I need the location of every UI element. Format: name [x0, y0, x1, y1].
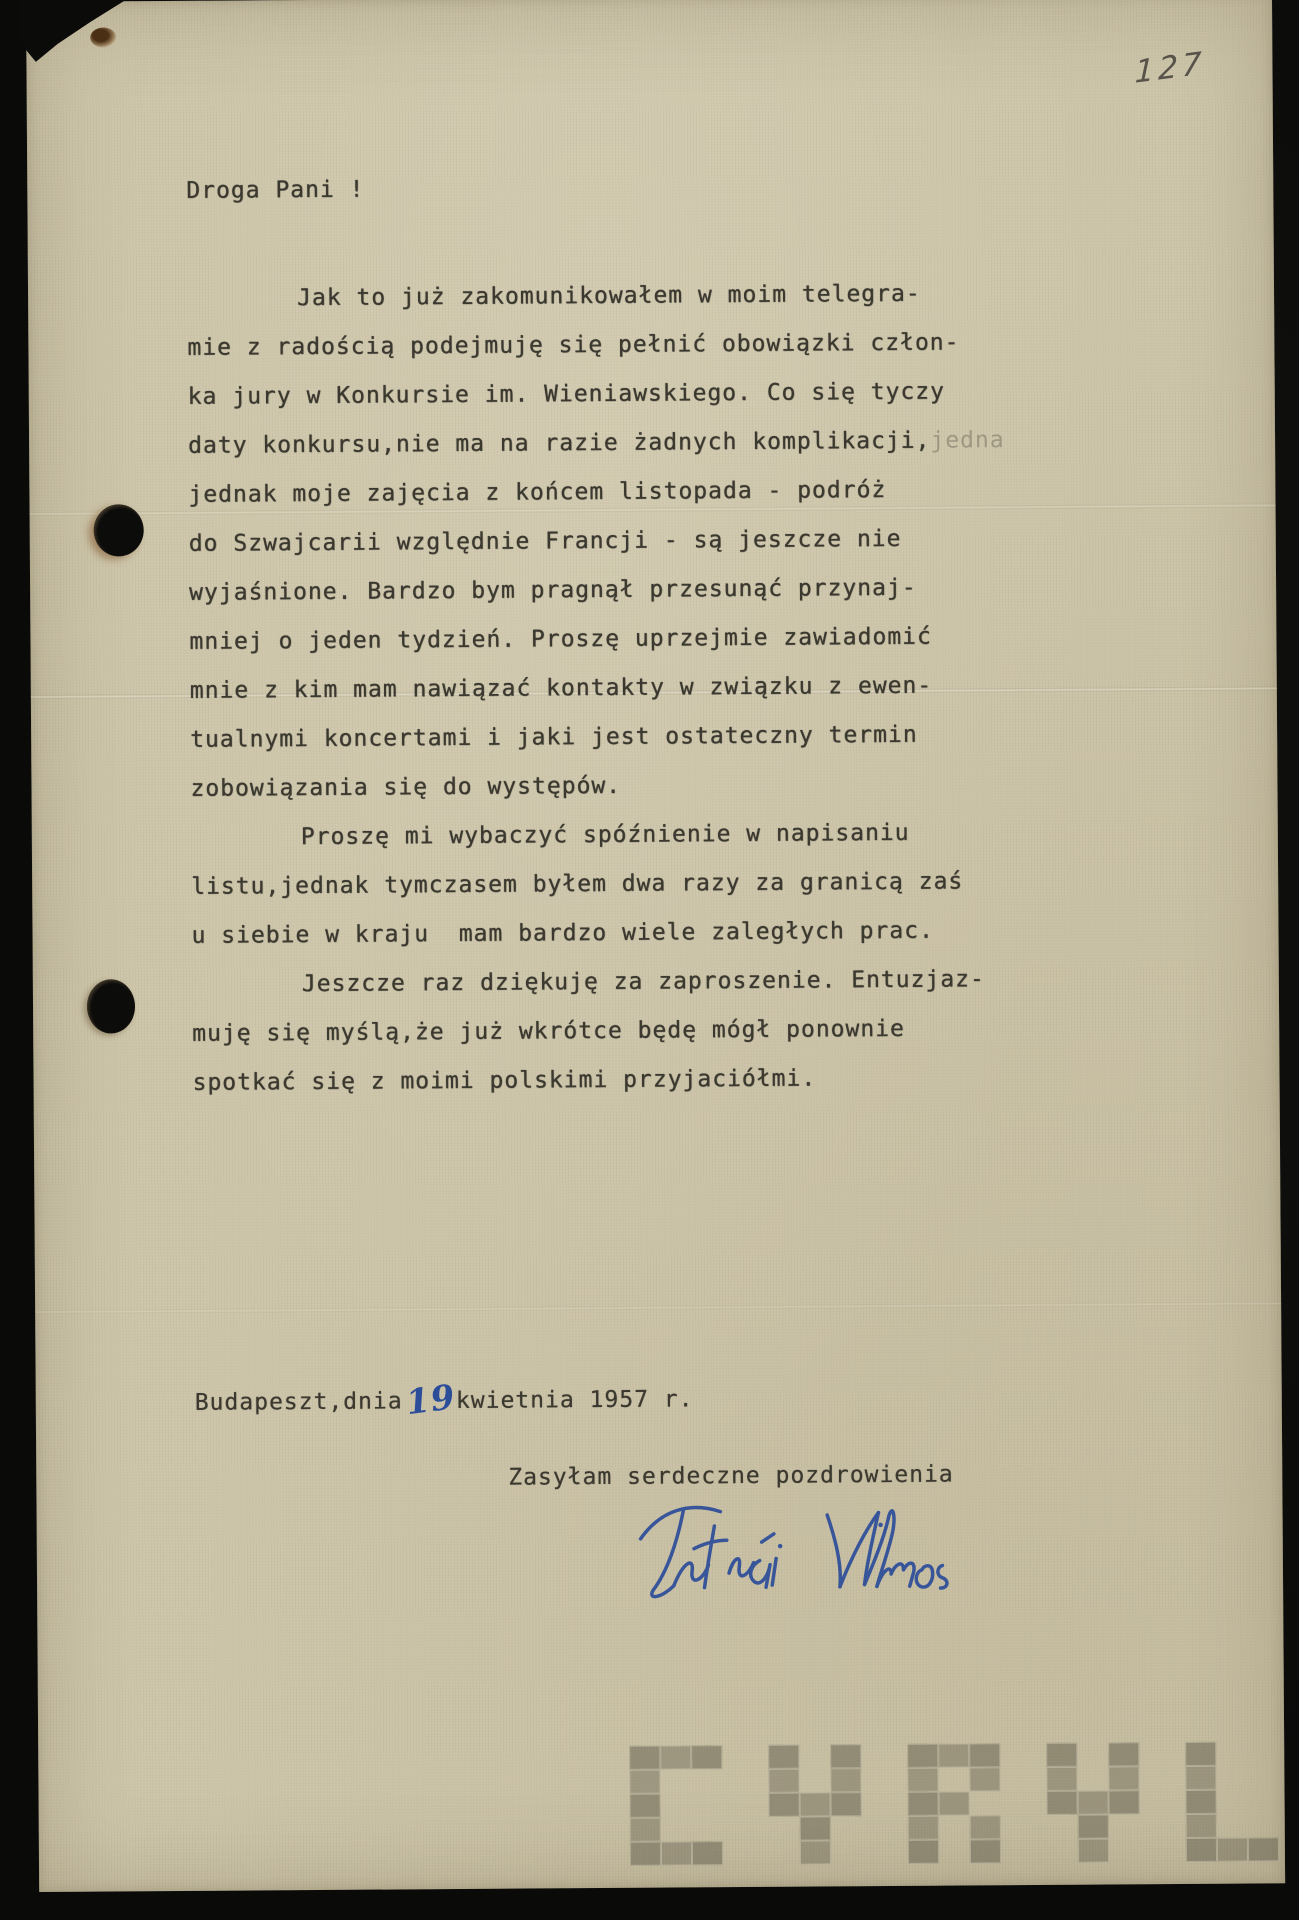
date-line: Budapeszt,dnia19kwietnia 1957 r.: [195, 1375, 694, 1427]
typed-line: jednak moje zajęcia z końcem listopada -…: [188, 465, 1068, 520]
typed-letter-text: Droga Pani ! Jak to już zakomunikowałem …: [186, 161, 1073, 1108]
typed-line: ka jury w Konkursie im. Wieniawskiego. C…: [188, 367, 1068, 422]
typed-line: spotkać się z moimi polskimi przyjaciółm…: [192, 1053, 1072, 1108]
punch-hole: [87, 979, 135, 1033]
typed-line: mniej o jeden tydzień. Proszę uprzejmie …: [189, 612, 1069, 667]
handwritten-day: 19: [406, 1397, 455, 1403]
document-page: 127 Droga Pani ! Jak to już zakomunikowa…: [26, 0, 1285, 1892]
punch-hole: [94, 504, 144, 556]
erased-text: jedna: [930, 427, 1004, 454]
fold-crease: [35, 1301, 1281, 1314]
typed-line: Proszę mi wybaczyć spóźnienie w napisani…: [191, 808, 1071, 863]
letter-body: Jak to już zakomunikowałem w moim telegr…: [187, 269, 1073, 1108]
stain-spot: [90, 27, 116, 47]
typed-line: u siebie w kraju mam bardzo wiele zaległ…: [191, 906, 1071, 961]
typed-line: wyjaśnione. Bardzo bym pragnął przesunąć…: [189, 563, 1069, 618]
scan-background: 127 Droga Pani ! Jak to już zakomunikowa…: [0, 0, 1299, 1920]
signature-handwriting: [628, 1493, 981, 1613]
typed-line: do Szwajcarii względnie Francji - są jes…: [189, 514, 1069, 569]
typed-line: daty konkursu,nie ma na razie żadnych ko…: [188, 416, 1068, 471]
salutation: Droga Pani !: [186, 161, 1066, 216]
typed-line: listu,jednak tymczasem byłem dwa razy za…: [191, 857, 1071, 912]
watermark: [629, 1741, 1279, 1866]
typed-line: Jak to już zakomunikowałem w moim telegr…: [187, 269, 1067, 324]
date-prefix: Budapeszt,dnia: [195, 1388, 403, 1415]
typed-line-text: daty konkursu,nie ma na razie żadnych ko…: [188, 428, 931, 459]
typed-line: mie z radością podejmuję się pełnić obow…: [187, 318, 1067, 373]
typed-line: Jeszcze raz dziękuję za zaproszenie. Ent…: [192, 955, 1072, 1010]
typed-line: tualnymi koncertami i jaki jest ostatecz…: [190, 710, 1070, 765]
typed-line: mnie z kim mam nawiązać kontakty w związ…: [190, 661, 1070, 716]
date-suffix: kwietnia 1957 r.: [456, 1386, 694, 1414]
handwritten-page-number: 127: [1134, 45, 1206, 91]
typed-line: muję się myślą,że już wkrótce będę mógł …: [192, 1004, 1072, 1059]
typed-line: zobowiązania się do występów.: [190, 759, 1070, 814]
